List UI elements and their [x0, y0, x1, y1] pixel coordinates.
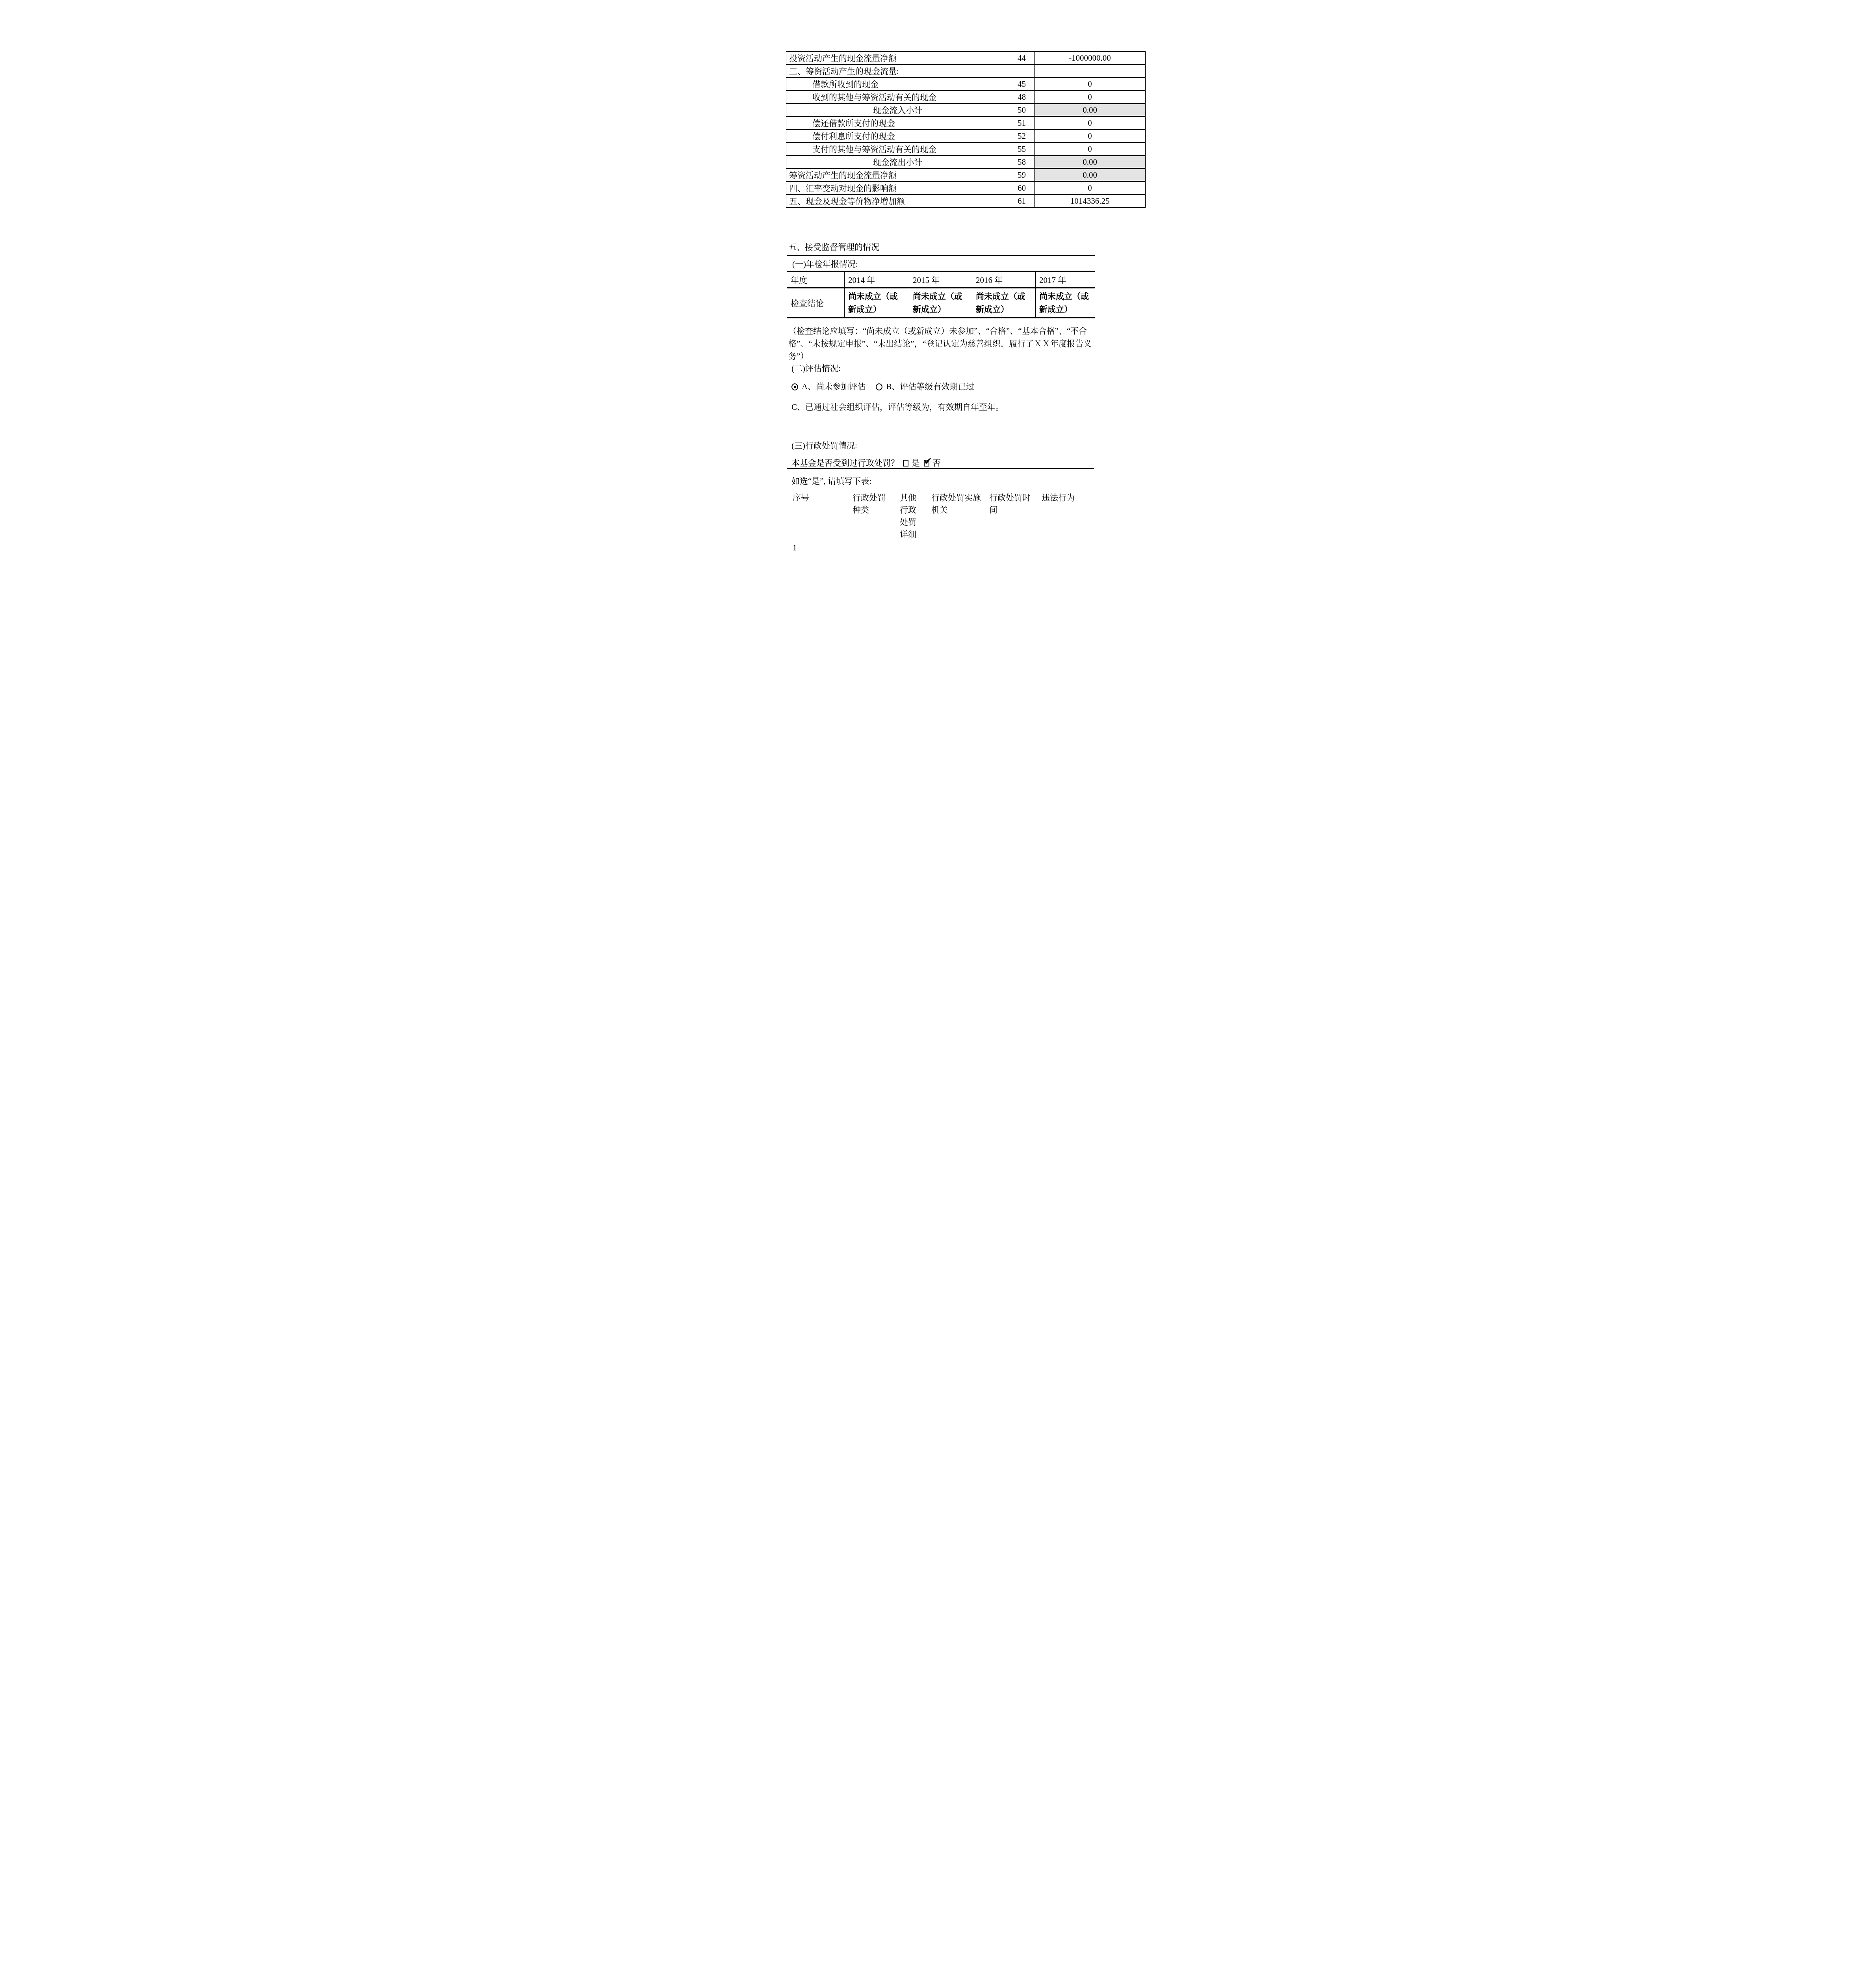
- penalty-hint: 如选“是”, 请填写下表:: [791, 475, 871, 487]
- table-row: 四、汇率变动对现金的影响额 60 0: [786, 182, 1146, 195]
- table-row: 检查结论 尚未成立（或 新成立） 尚未成立（或 新成立） 尚未成立（或 新成立）…: [787, 288, 1095, 318]
- conclusion-cell: 尚未成立（或 新成立）: [972, 288, 1036, 318]
- row-label: 偿付利息所支付的现金: [786, 130, 1009, 143]
- row-code: 55: [1009, 143, 1035, 156]
- yes-label: 是: [912, 458, 920, 468]
- column-header: 违法行为: [1042, 492, 1105, 541]
- row-code: 51: [1009, 117, 1035, 130]
- row-value: -1000000.00: [1035, 52, 1146, 65]
- penalty-table-header: 序号 行政处罚 种类 其他 行政 处罚 详细 行政处罚实施 机关 行政处罚时 间…: [793, 492, 1105, 541]
- table-row: 年度 2014 年 2015 年 2016 年 2017 年: [787, 271, 1095, 288]
- conclusion-note: （检查结论应填写：“尚未成立（或新成立）未参加”、“合格”、“基本合格”、“不合…: [788, 325, 1135, 362]
- year-cell: 2014 年: [845, 271, 909, 288]
- evaluation-options: A、尚未参加评估B、评估等级有效期已过: [791, 381, 974, 392]
- column-header: 行政处罚实施 机关: [931, 492, 989, 541]
- row-value: 1014336.25: [1035, 195, 1146, 208]
- row-value: 0.00: [1035, 169, 1146, 182]
- row-label: 四、汇率变动对现金的影响额: [786, 182, 1009, 195]
- radio-option-a[interactable]: [791, 383, 798, 390]
- conclusion-cell: 尚未成立（或 新成立）: [1036, 288, 1095, 318]
- row-code: 45: [1009, 78, 1035, 91]
- row-value: [1035, 65, 1146, 78]
- checkbox-yes[interactable]: [903, 460, 908, 466]
- row-label: 现金流出小计: [786, 156, 1009, 169]
- row-value: 0: [1035, 130, 1146, 143]
- table-row: 偿付利息所支付的现金 52 0: [786, 130, 1146, 143]
- row-value: 0: [1035, 78, 1146, 91]
- conclusion-cell: 尚未成立（或 新成立）: [845, 288, 909, 318]
- year-cell: 2015 年: [909, 271, 972, 288]
- row-code: 60: [1009, 182, 1035, 195]
- no-label: 否: [932, 458, 941, 468]
- row-value: 0: [1035, 91, 1146, 104]
- row-code: 48: [1009, 91, 1035, 104]
- row-label: 投资活动产生的现金流量净额: [786, 52, 1009, 65]
- row-code: 61: [1009, 195, 1035, 208]
- page-number: 1: [793, 543, 797, 553]
- conclusion-cell: 尚未成立（或 新成立）: [909, 288, 972, 318]
- row-value: 0.00: [1035, 156, 1146, 169]
- row-value: 0: [1035, 117, 1146, 130]
- row-code: 58: [1009, 156, 1035, 169]
- option-b-label: B、评估等级有效期已过: [886, 382, 974, 391]
- cash-flow-table: 投资活动产生的现金流量净额 44 -1000000.00 三、筹资活动产生的现金…: [786, 51, 1146, 208]
- table-row: 投资活动产生的现金流量净额 44 -1000000.00: [786, 52, 1146, 65]
- row-code: 44: [1009, 52, 1035, 65]
- penalty-question: 本基金是否受到过行政处罚？: [791, 458, 899, 468]
- horizontal-divider: [787, 468, 1094, 469]
- table-row: 现金流出小计 58 0.00: [786, 156, 1146, 169]
- annual-check-table: (一)年检年报情况: 年度 2014 年 2015 年 2016 年 2017 …: [787, 255, 1095, 318]
- column-header: 行政处罚 种类: [853, 492, 900, 541]
- year-row-label: 年度: [787, 271, 845, 288]
- column-header: 序号: [793, 492, 853, 541]
- row-label: 现金流入小计: [786, 104, 1009, 117]
- radio-option-b[interactable]: [876, 383, 882, 390]
- row-label: 五、现金及现金等价物净增加额: [786, 195, 1009, 208]
- table-row: 五、现金及现金等价物净增加额 61 1014336.25: [786, 195, 1146, 208]
- document-page: 投资活动产生的现金流量净额 44 -1000000.00 三、筹资活动产生的现金…: [721, 0, 1155, 613]
- row-code: 50: [1009, 104, 1035, 117]
- row-value: 0: [1035, 182, 1146, 195]
- table-row: 现金流入小计 50 0.00: [786, 104, 1146, 117]
- row-code: 52: [1009, 130, 1035, 143]
- row-label: 借款所收到的现金: [786, 78, 1009, 91]
- option-a-label: A、尚未参加评估: [802, 382, 866, 391]
- conclusion-row-label: 检查结论: [787, 288, 845, 318]
- column-header: 行政处罚时 间: [989, 492, 1042, 541]
- annual-check-title: (一)年检年报情况:: [787, 256, 1095, 271]
- penalty-title: (三)行政处罚情况:: [791, 440, 857, 452]
- column-header: 其他 行政 处罚 详细: [900, 492, 931, 541]
- row-label: 筹资活动产生的现金流量净额: [786, 169, 1009, 182]
- row-label: 三、筹资活动产生的现金流量:: [786, 65, 1009, 78]
- row-label: 偿还借款所支付的现金: [786, 117, 1009, 130]
- checkbox-no[interactable]: ✔: [924, 460, 929, 466]
- table-row: 借款所收到的现金 45 0: [786, 78, 1146, 91]
- row-code: [1009, 65, 1035, 78]
- table-row: 偿还借款所支付的现金 51 0: [786, 117, 1146, 130]
- penalty-question-line: 本基金是否受到过行政处罚？是✔否: [791, 457, 941, 469]
- evaluation-title: (二)评估情况:: [791, 362, 841, 374]
- supervision-section-heading: 五、接受监督管理的情况: [788, 241, 879, 253]
- check-icon: ✔: [924, 456, 932, 466]
- row-label: 支付的其他与筹资活动有关的现金: [786, 143, 1009, 156]
- table-row: 收到的其他与筹资活动有关的现金 48 0: [786, 91, 1146, 104]
- year-cell: 2017 年: [1036, 271, 1095, 288]
- table-row: 支付的其他与筹资活动有关的现金 55 0: [786, 143, 1146, 156]
- row-code: 59: [1009, 169, 1035, 182]
- table-row: 筹资活动产生的现金流量净额 59 0.00: [786, 169, 1146, 182]
- table-row: 三、筹资活动产生的现金流量:: [786, 65, 1146, 78]
- year-cell: 2016 年: [972, 271, 1036, 288]
- table-row: (一)年检年报情况:: [787, 256, 1095, 271]
- option-c-label: C、已通过社会组织评估，评估等级为，有效期自年至年。: [791, 401, 1004, 413]
- row-value: 0: [1035, 143, 1146, 156]
- row-value: 0.00: [1035, 104, 1146, 117]
- row-label: 收到的其他与筹资活动有关的现金: [786, 91, 1009, 104]
